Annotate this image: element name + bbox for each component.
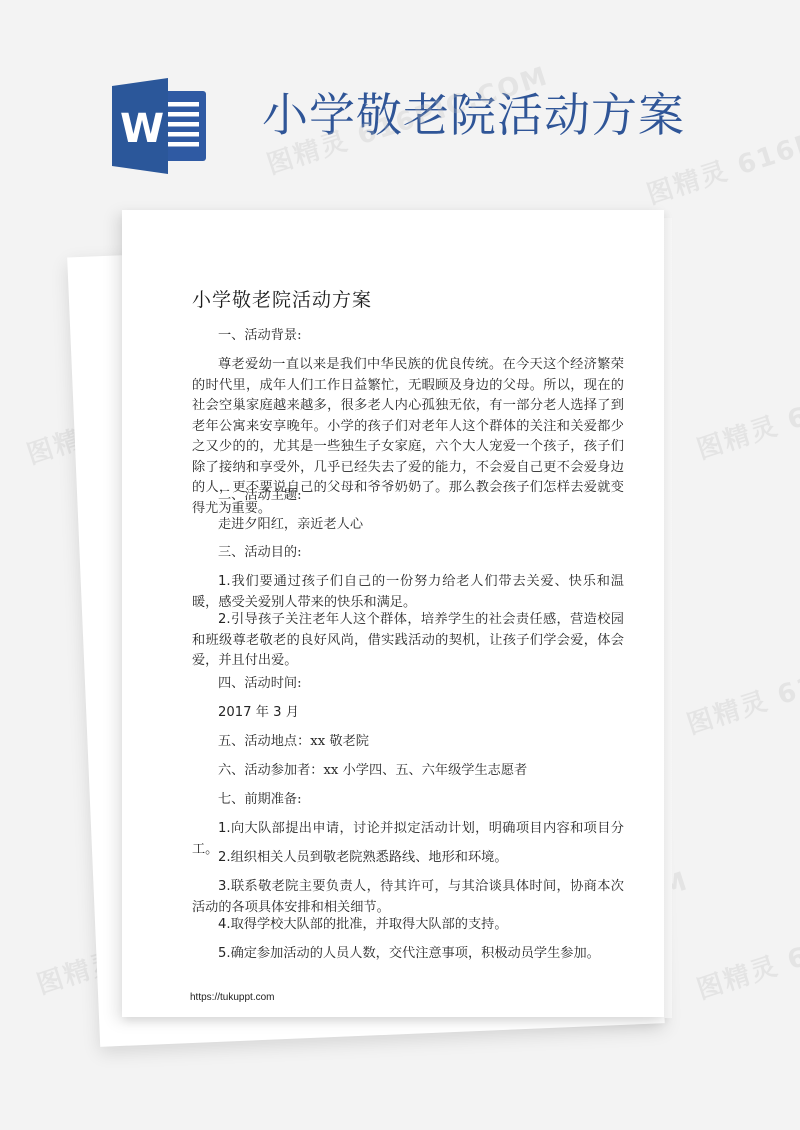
header-banner: W 小学敬老院活动方案	[0, 0, 800, 200]
word-icon: W	[112, 78, 212, 174]
paragraph: 1.我们要通过孩子们自己的一份努力给老人们带去关爱、快乐和温暖，感受关爱别人带来…	[192, 572, 624, 613]
section-heading: 五、活动地点：xx 敬老院	[192, 732, 624, 753]
paragraph: 走进夕阳红，亲近老人心	[192, 515, 624, 536]
paragraph: 2017 年 3 月	[192, 703, 624, 724]
paragraph: 2.组织相关人员到敬老院熟悉路线、地形和环境。	[192, 848, 624, 869]
footer-url: https://tukuppt.com	[190, 992, 275, 1003]
watermark: 图精灵 616PIC.COM	[681, 615, 800, 741]
paragraph: 3.联系敬老院主要负责人，待其许可，与其洽谈具体时间，协商本次活动的各项具体安排…	[192, 877, 624, 918]
paragraph: 5.确定参加活动的人员人数，交代注意事项，积极动员学生参加。	[192, 944, 624, 965]
section-heading: 一、活动背景:	[192, 326, 624, 347]
document-title: 小学敬老院活动方案	[192, 285, 372, 312]
section-heading: 二、活动主题:	[192, 486, 624, 507]
section-heading: 七、前期准备:	[192, 790, 624, 811]
watermark: 图精灵 616PIC.COM	[691, 880, 800, 1006]
paragraph: 4.取得学校大队部的批准，并取得大队部的支持。	[192, 915, 624, 936]
watermark: 图精灵 616PIC.COM	[691, 340, 800, 466]
section-heading: 三、活动目的:	[192, 543, 624, 564]
svg-text:W: W	[120, 106, 164, 152]
paragraph: 2.引导孩子关注老年人这个群体，培养学生的社会责任感，营造校园和班级尊老敬老的良…	[192, 610, 624, 672]
banner-title: 小学敬老院活动方案	[262, 92, 685, 138]
section-heading: 四、活动时间:	[192, 674, 624, 695]
section-heading: 六、活动参加者：xx 小学四、五、六年级学生志愿者	[192, 761, 624, 782]
